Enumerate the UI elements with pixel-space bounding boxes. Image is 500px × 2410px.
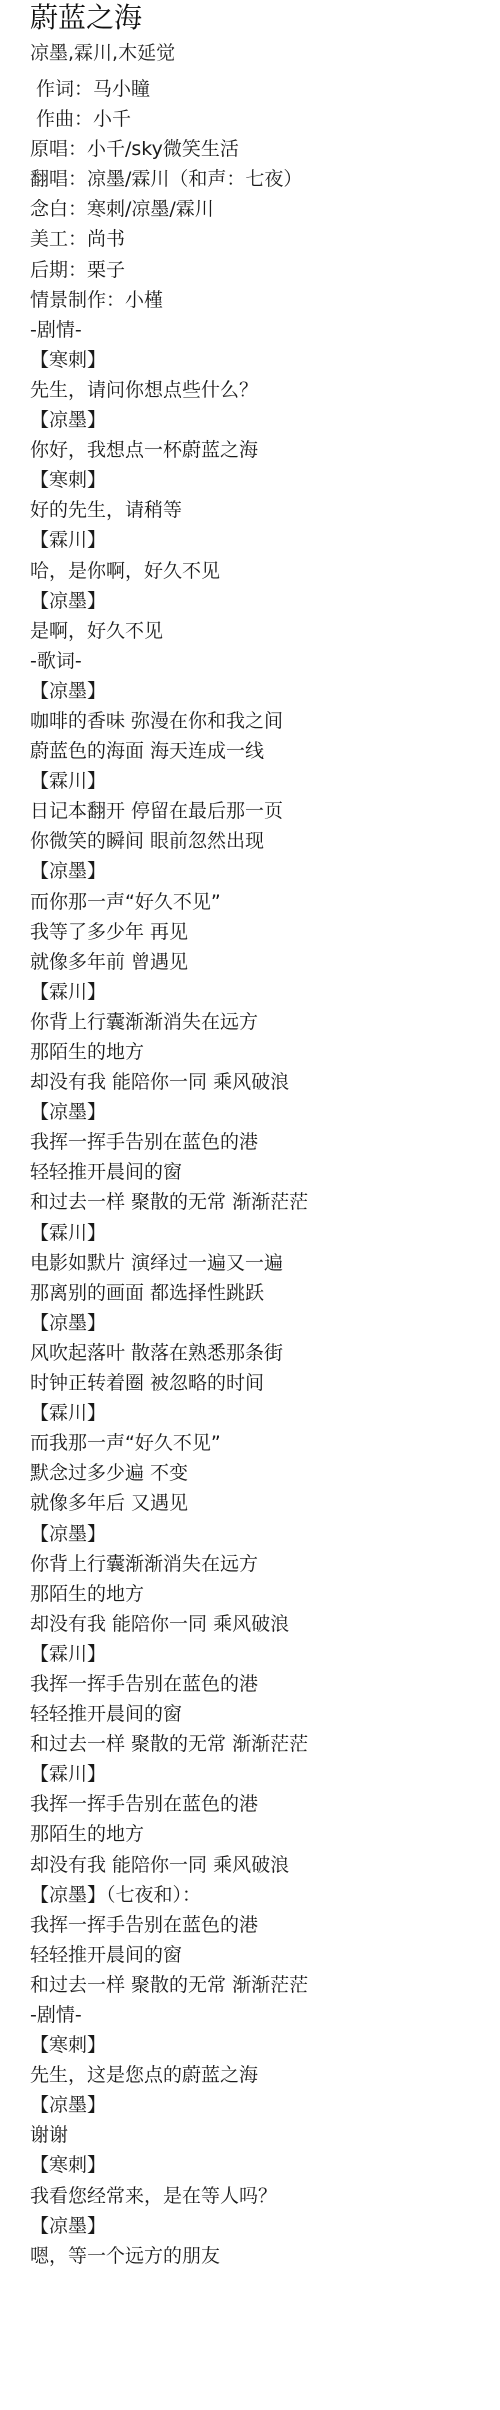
lyric-line: 哈，是你啊，好久不见 — [30, 556, 500, 586]
lyric-line: 而你那一声“好久不见” — [30, 887, 500, 917]
lyric-line: 电影如默片 演绎过一遍又一遍 — [30, 1248, 500, 1278]
lyric-line: 是啊，好久不见 — [30, 616, 500, 646]
lyric-line: 轻轻推开晨间的窗 — [30, 1157, 500, 1187]
lyric-line: 谢谢 — [30, 2120, 500, 2150]
speaker-tag: 【霖川】 — [30, 1759, 500, 1789]
lyrics-page: 蔚蓝之海 凉墨,霖川,木延觉 作词：马小瞳作曲：小千原唱：小千/sky微笑生活翻… — [0, 0, 500, 2271]
credit-line: 作曲：小千 — [30, 104, 500, 134]
lyric-line: 你背上行囊渐渐消失在远方 — [30, 1007, 500, 1037]
section-marker: -歌词- — [30, 646, 500, 676]
lyric-line: 那陌生的地方 — [30, 1579, 500, 1609]
lyric-line: 和过去一样 聚散的无常 渐渐茫茫 — [30, 1729, 500, 1759]
speaker-tag: 【寒刺】 — [30, 465, 500, 495]
lyric-line: 轻轻推开晨间的窗 — [30, 1940, 500, 1970]
credit-line: 翻唱：凉墨/霖川（和声：七夜） — [30, 164, 500, 194]
speaker-tag: 【霖川】 — [30, 977, 500, 1007]
credit-line: 美工：尚书 — [30, 224, 500, 254]
speaker-tag: 【凉墨】 — [30, 2090, 500, 2120]
credit-line: 念白：寒刺/凉墨/霖川 — [30, 194, 500, 224]
lyric-line: 我挥一挥手告别在蓝色的港 — [30, 1910, 500, 1940]
lyric-line: 和过去一样 聚散的无常 渐渐茫茫 — [30, 1187, 500, 1217]
lyric-line: 我挥一挥手告别在蓝色的港 — [30, 1789, 500, 1819]
lyric-line: 嗯，等一个远方的朋友 — [30, 2241, 500, 2271]
credit-line: 后期：栗子 — [30, 255, 500, 285]
lyric-line: 我挥一挥手告别在蓝色的港 — [30, 1669, 500, 1699]
lyric-line: 就像多年前 曾遇见 — [30, 947, 500, 977]
lyric-line: 却没有我 能陪你一同 乘风破浪 — [30, 1609, 500, 1639]
speaker-tag: 【凉墨】 — [30, 2211, 500, 2241]
credit-line: 作词：马小瞳 — [30, 74, 500, 104]
section-marker: -剧情- — [30, 315, 500, 345]
lyric-line: 你好，我想点一杯蔚蓝之海 — [30, 435, 500, 465]
lyric-line: 那陌生的地方 — [30, 1037, 500, 1067]
lyric-line: 轻轻推开晨间的窗 — [30, 1699, 500, 1729]
lyrics-body: 作词：马小瞳作曲：小千原唱：小千/sky微笑生活翻唱：凉墨/霖川（和声：七夜）念… — [30, 74, 500, 2271]
credit-line: 原唱：小千/sky微笑生活 — [30, 134, 500, 164]
speaker-tag: 【寒刺】 — [30, 345, 500, 375]
lyric-line: 日记本翻开 停留在最后那一页 — [30, 796, 500, 826]
speaker-tag: 【凉墨】 — [30, 1519, 500, 1549]
speaker-tag: 【凉墨】（七夜和）： — [30, 1880, 500, 1910]
lyric-line: 却没有我 能陪你一同 乘风破浪 — [30, 1067, 500, 1097]
speaker-tag: 【霖川】 — [30, 1398, 500, 1428]
lyric-line: 先生，这是您点的蔚蓝之海 — [30, 2060, 500, 2090]
song-artists: 凉墨,霖川,木延觉 — [30, 41, 500, 65]
section-marker: -剧情- — [30, 2000, 500, 2030]
credit-line: 情景制作：小槿 — [30, 285, 500, 315]
speaker-tag: 【霖川】 — [30, 766, 500, 796]
speaker-tag: 【霖川】 — [30, 525, 500, 555]
speaker-tag: 【凉墨】 — [30, 676, 500, 706]
speaker-tag: 【凉墨】 — [30, 856, 500, 886]
lyric-line: 和过去一样 聚散的无常 渐渐茫茫 — [30, 1970, 500, 2000]
lyric-line: 先生，请问你想点些什么？ — [30, 375, 500, 405]
lyric-line: 咖啡的香味 弥漫在你和我之间 — [30, 706, 500, 736]
lyric-line: 默念过多少遍 不变 — [30, 1458, 500, 1488]
lyric-line: 那离别的画面 都选择性跳跃 — [30, 1278, 500, 1308]
speaker-tag: 【寒刺】 — [30, 2150, 500, 2180]
lyric-line: 我看您经常来，是在等人吗？ — [30, 2181, 500, 2211]
lyric-line: 却没有我 能陪你一同 乘风破浪 — [30, 1850, 500, 1880]
lyric-line: 蔚蓝色的海面 海天连成一线 — [30, 736, 500, 766]
speaker-tag: 【凉墨】 — [30, 1308, 500, 1338]
lyric-line: 风吹起落叶 散落在熟悉那条街 — [30, 1338, 500, 1368]
speaker-tag: 【凉墨】 — [30, 586, 500, 616]
lyric-line: 我挥一挥手告别在蓝色的港 — [30, 1127, 500, 1157]
lyric-line: 就像多年后 又遇见 — [30, 1488, 500, 1518]
lyric-line: 而我那一声“好久不见” — [30, 1428, 500, 1458]
lyric-line: 你背上行囊渐渐消失在远方 — [30, 1549, 500, 1579]
lyric-line: 你微笑的瞬间 眼前忽然出现 — [30, 826, 500, 856]
speaker-tag: 【寒刺】 — [30, 2030, 500, 2060]
song-title: 蔚蓝之海 — [30, 0, 500, 35]
lyric-line: 那陌生的地方 — [30, 1819, 500, 1849]
lyric-line: 时钟正转着圈 被忽略的时间 — [30, 1368, 500, 1398]
speaker-tag: 【凉墨】 — [30, 405, 500, 435]
lyric-line: 好的先生，请稍等 — [30, 495, 500, 525]
lyric-line: 我等了多少年 再见 — [30, 917, 500, 947]
speaker-tag: 【凉墨】 — [30, 1097, 500, 1127]
speaker-tag: 【霖川】 — [30, 1639, 500, 1669]
speaker-tag: 【霖川】 — [30, 1218, 500, 1248]
